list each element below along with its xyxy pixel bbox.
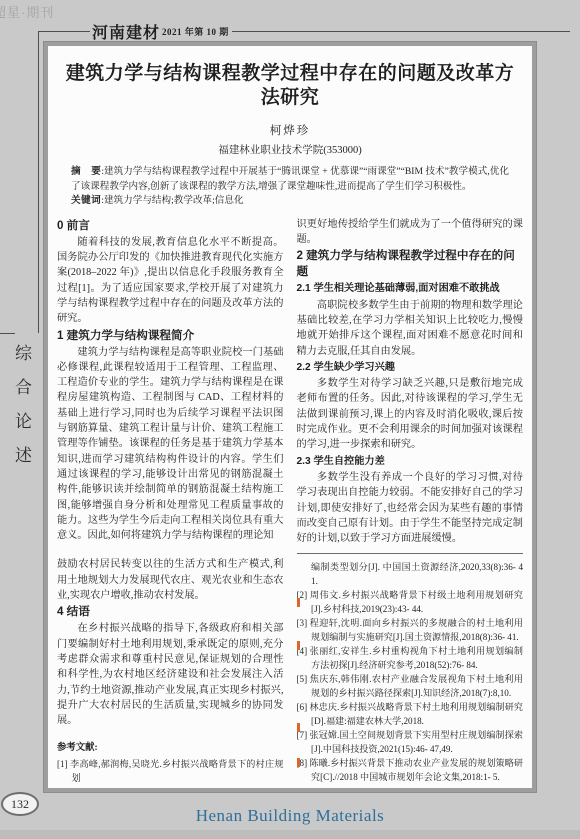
keywords-label: 关键词: [71, 195, 101, 206]
header-rule-right: [232, 31, 570, 32]
reference-item: [7] 张冠嫦.国土空间规划背景下实用型村庄规划编制探索[J].中国科技投资,2…: [297, 728, 524, 756]
reference-item: [4] 张丽红,安祥生.乡村重构视角下村土地利用规划编制方法初探[J].经济研究…: [297, 644, 524, 672]
annotation-mark: [297, 758, 300, 767]
footnote-divider: [297, 553, 524, 554]
paragraph-2-3: 多数学生没有养成一个良好的学习习惯,对待学习表现出自控能力较弱。不能安排好自己的…: [297, 470, 524, 546]
journal-name-english: Henan Building Materials: [0, 806, 580, 826]
left-margin-rule: [38, 31, 39, 333]
column-category-label: 综合论述: [9, 344, 34, 504]
previous-article-paragraph: 鼓励农村居民转变以往的生活方式和生产模式,利用土地规划大力发展现代农庄、观光农业…: [57, 557, 284, 603]
journal-header: 河南建材 2021 年第 10 期: [38, 22, 570, 40]
annotation-mark: [297, 598, 300, 607]
reference-item: [3] 程迎轩,沈明.面向乡村振兴的多规融合的村土地利用规划编制与实施研究[J]…: [297, 616, 524, 644]
left-column: 0 前言 随着科技的发展,教育信息化水平不断提高。国务院办公厅印发的《加快推进教…: [57, 217, 284, 785]
scanned-article-page: 建筑力学与结构课程教学过程中存在的问题及改革方法研究 柯烨珍 福建林业职业技术学…: [44, 42, 536, 792]
reference-item: [6] 林忠庆.乡村振兴战略背景下村土地利用规划编制研究[D].福建:福建农林大…: [297, 700, 524, 728]
annotation-mark: [297, 641, 300, 650]
reference-item: [2] 周伟文.乡村振兴战略背景下村级土地利用规划研究[J].乡村科技,2019…: [297, 588, 524, 616]
keywords-text: :建筑力学与结构;教学改革;信息化: [101, 195, 243, 206]
reference-item: 编制类型划分[J]. 中国国土资源经济,2020,33(8):36- 41.: [297, 560, 524, 588]
paragraph-2-1: 高职院校多数学生由于前期的物理和数学理论基础比较差,在学习力学相关知识上比较吃力…: [297, 298, 524, 359]
course-intro-paragraph: 建筑力学与结构课程是高等职业院校一门基础必修课程,此课程较适用于工程管理、工程监…: [57, 345, 284, 544]
references-label: 参考文献:: [57, 741, 284, 756]
journal-issue: 2021 年第 10 期: [162, 25, 232, 38]
reference-item: [1] 李高峰,郝润梅,吴晓光.乡村振兴战略背景下的村庄规划: [57, 757, 284, 785]
two-column-body: 0 前言 随着科技的发展,教育信息化水平不断提高。国务院办公厅印发的《加快推进教…: [57, 217, 523, 785]
previous-article-conclusion-heading: 4 结语: [57, 604, 284, 620]
intro-paragraph: 随着科技的发展,教育信息化水平不断提高。国务院办公厅印发的《加快推进教育现代化实…: [57, 235, 284, 327]
previous-article-continuation: 鼓励农村居民转变以往的生活方式和生产模式,利用土地规划大力发展现代农庄、观光农业…: [57, 557, 284, 784]
article-affiliation: 福建林业职业技术学院(353000): [57, 142, 523, 157]
section-heading-1: 1 建筑力学与结构课程简介: [57, 328, 284, 344]
previous-article-conclusion: 在乡村振兴战略的指导下,各级政府和相关部门要编制好村土地利用规划,秉承既定的原则…: [57, 621, 284, 728]
reference-item: [8] 陈曦.乡村振兴背景下推动农业产业发展的规划策略研究[C].//2018 …: [297, 756, 524, 784]
abstract: 摘 要:建筑力学与结构课程教学过程中开展基于“腾讯课堂 + 优慕课”“雨课堂”“…: [71, 165, 509, 194]
journal-name: 河南建材: [90, 20, 162, 43]
article-author: 柯烨珍: [57, 122, 523, 138]
section-heading-0: 0 前言: [57, 218, 284, 234]
header-rule-left: [38, 31, 90, 32]
annotation-mark: [297, 723, 300, 732]
subsection-heading-2-3: 2.3 学生自控能力差: [297, 454, 524, 469]
abstract-text: :建筑力学与结构课程教学过程中开展基于“腾讯课堂 + 优慕课”“雨课堂”“BIM…: [71, 166, 509, 192]
subsection-heading-2-2: 2.2 学生缺少学习兴趣: [297, 360, 524, 375]
right-column: 识更好地传授给学生们就成为了一个值得研究的课题。 2 建筑力学与结构课程教学过程…: [297, 217, 524, 785]
reference-item: [5] 焦庆东,韩伟刚.农村产业融合发展视角下村土地利用规划的乡村振兴路径探索[…: [297, 672, 524, 700]
left-margin-tick: [0, 333, 15, 334]
section-heading-2: 2 建筑力学与结构课程教学过程中存在的问题: [297, 248, 524, 280]
continuation-paragraph: 识更好地传授给学生们就成为了一个值得研究的课题。: [297, 217, 524, 248]
article-title: 建筑力学与结构课程教学过程中存在的问题及改革方法研究: [57, 62, 523, 110]
scan-bottom-edge: [0, 830, 580, 839]
subsection-heading-2-1: 2.1 学生相关理论基础薄弱,面对困难不敢挑战: [297, 281, 524, 296]
abstract-label: 摘 要: [71, 166, 101, 177]
viewer-watermark: 超星·期刊: [0, 2, 54, 21]
paragraph-2-2: 多数学生对待学习缺乏兴趣,只是敷衍地完成老师布置的任务。因此,对待该课程的学习,…: [297, 376, 524, 452]
references-list: 编制类型划分[J]. 中国国土资源经济,2020,33(8):36- 41. […: [297, 560, 524, 784]
keywords: 关键词:建筑力学与结构;教学改革;信息化: [71, 194, 509, 209]
